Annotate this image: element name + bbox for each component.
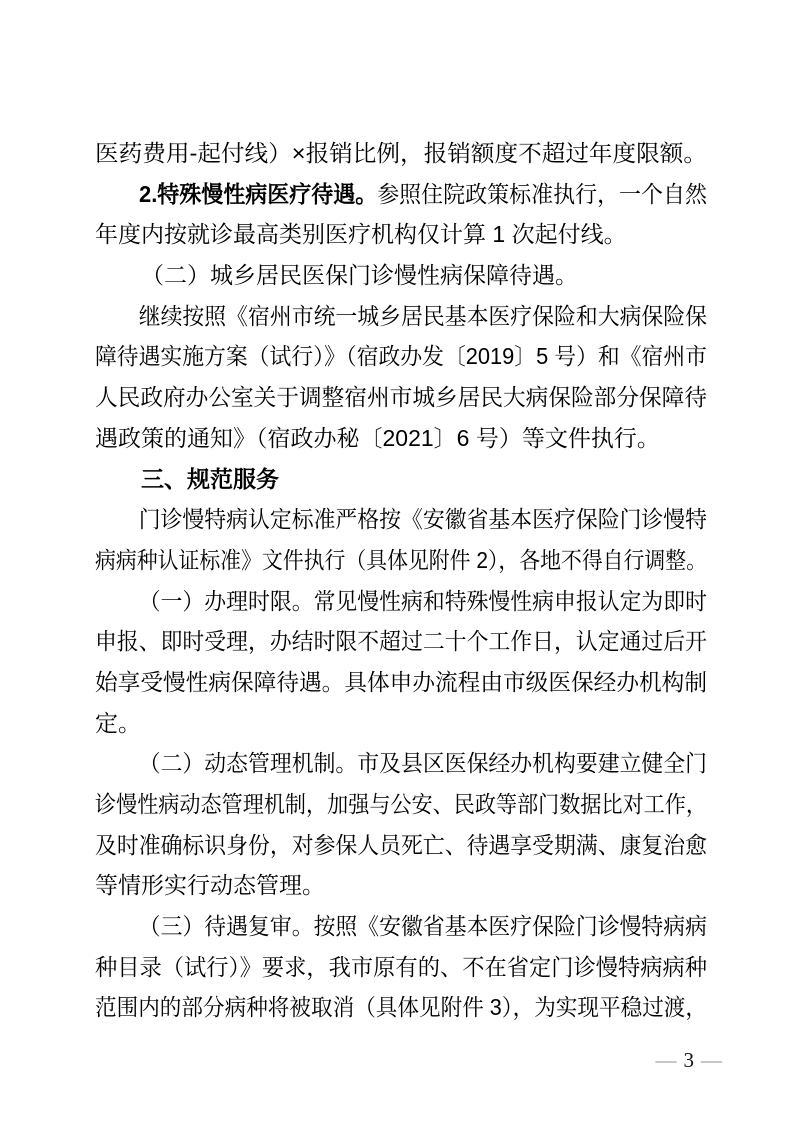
text-segment: 障待遇实施方案（试行）》（宿政办发〔2019〕5 号）和《宿州市: [95, 343, 707, 369]
text-line: 障待遇实施方案（试行）》（宿政办发〔2019〕5 号）和《宿州市: [95, 336, 707, 377]
text-line: 等情形实行动态管理。: [95, 865, 707, 906]
page-number: —3—: [656, 1048, 723, 1072]
text-line: （二）城乡居民医保门诊慢性病保障待遇。: [95, 255, 707, 296]
text-line: 年度内按就诊最高类别医疗机构仅计算 1 次起付线。: [95, 214, 707, 255]
text-segment: （三）待遇复审。按照《安徽省基本医疗保险门诊慢特病病: [139, 913, 707, 939]
text-line: 病病种认证标准》文件执行（具体见附件 2），各地不得自行调整。: [95, 540, 707, 581]
footer-page-number-value: 3: [684, 1048, 695, 1072]
text-line: 始享受慢性病保障待遇。具体申办流程由市级医保经办机构制: [95, 662, 707, 703]
text-line: 医药费用-起付线）×报销比例，报销额度不超过年度限额。: [95, 133, 707, 174]
text-segment: 始享受慢性病保障待遇。具体申办流程由市级医保经办机构制: [95, 669, 707, 695]
text-line: 申报、即时受理，办结时限不超过二十个工作日，认定通过后开: [95, 621, 707, 662]
text-segment: 申报、即时受理，办结时限不超过二十个工作日，认定通过后开: [95, 628, 707, 654]
text-segment: 范围内的部分病种将被取消（具体见附件 3），为实现平稳过渡，: [95, 994, 707, 1020]
text-segment: （一）办理时限。常见慢性病和特殊慢性病申报认定为即时: [139, 588, 707, 614]
text-segment: 定。: [95, 710, 141, 736]
text-line: 继续按照《宿州市统一城乡居民基本医疗保险和大病保险保: [95, 296, 707, 337]
document-text: 医药费用-起付线）×报销比例，报销额度不超过年度限额。2.特殊慢性病医疗待遇。参…: [95, 133, 707, 1028]
document-page: 医药费用-起付线）×报销比例，报销额度不超过年度限额。2.特殊慢性病医疗待遇。参…: [0, 0, 800, 1132]
text-segment: 及时准确标识身份，对参保人员死亡、待遇享受期满、康复治愈: [95, 832, 707, 858]
text-segment: 种目录（试行）》要求，我市原有的、不在省定门诊慢特病病种: [95, 954, 707, 980]
text-line: 人民政府办公室关于调整宿州市城乡居民大病保险部分保障待: [95, 377, 707, 418]
text-segment: 医药费用-起付线）×报销比例，报销额度不超过年度限额。: [95, 140, 707, 166]
text-segment: 继续按照《宿州市统一城乡居民基本医疗保险和大病保险保: [139, 303, 707, 329]
text-line: 定。: [95, 703, 707, 744]
text-line: 种目录（试行）》要求，我市原有的、不在省定门诊慢特病病种: [95, 947, 707, 988]
footer-dash-right: —: [701, 1048, 722, 1072]
text-line: （一）办理时限。常见慢性病和特殊慢性病申报认定为即时: [95, 581, 707, 622]
footer-dash-left: —: [656, 1048, 677, 1072]
text-segment: 等情形实行动态管理。: [95, 872, 325, 898]
text-line: （二）动态管理机制。市及县区医保经办机构要建立健全门: [95, 743, 707, 784]
text-segment: 门诊慢特病认定标准严格按《安徽省基本医疗保险门诊慢特: [139, 506, 707, 532]
text-line: 范围内的部分病种将被取消（具体见附件 3），为实现平稳过渡，: [95, 987, 707, 1028]
text-line: 2.特殊慢性病医疗待遇。参照住院政策标准执行，一个自然: [95, 174, 707, 215]
text-segment: 诊慢性病动态管理机制，加强与公安、民政等部门数据比对工作，: [95, 791, 707, 817]
text-line: （三）待遇复审。按照《安徽省基本医疗保险门诊慢特病病: [95, 906, 707, 947]
text-line: 三、规范服务: [95, 459, 707, 500]
text-line: 门诊慢特病认定标准严格按《安徽省基本医疗保险门诊慢特: [95, 499, 707, 540]
text-segment: 年度内按就诊最高类别医疗机构仅计算 1 次起付线。: [95, 221, 627, 247]
text-line: 遇政策的通知》（宿政办秘〔2021〕6 号）等文件执行。: [95, 418, 707, 459]
text-segment: 参照住院政策标准执行，一个自然: [377, 181, 707, 207]
text-line: 及时准确标识身份，对参保人员死亡、待遇享受期满、康复治愈: [95, 825, 707, 866]
text-segment: （二）城乡居民医保门诊慢性病保障待遇。: [141, 262, 578, 288]
text-segment: 遇政策的通知》（宿政办秘〔2021〕6 号）等文件执行。: [95, 425, 660, 451]
text-segment: 人民政府办公室关于调整宿州市城乡居民大病保险部分保障待: [95, 384, 707, 410]
text-line: 诊慢性病动态管理机制，加强与公安、民政等部门数据比对工作，: [95, 784, 707, 825]
text-segment: （二）动态管理机制。市及县区医保经办机构要建立健全门: [139, 750, 707, 776]
text-segment-bold: 2.特殊慢性病医疗待遇。: [139, 181, 377, 207]
text-segment-bold: 三、规范服务: [141, 466, 279, 492]
text-segment: 病病种认证标准》文件执行（具体见附件 2），各地不得自行调整。: [95, 547, 707, 573]
